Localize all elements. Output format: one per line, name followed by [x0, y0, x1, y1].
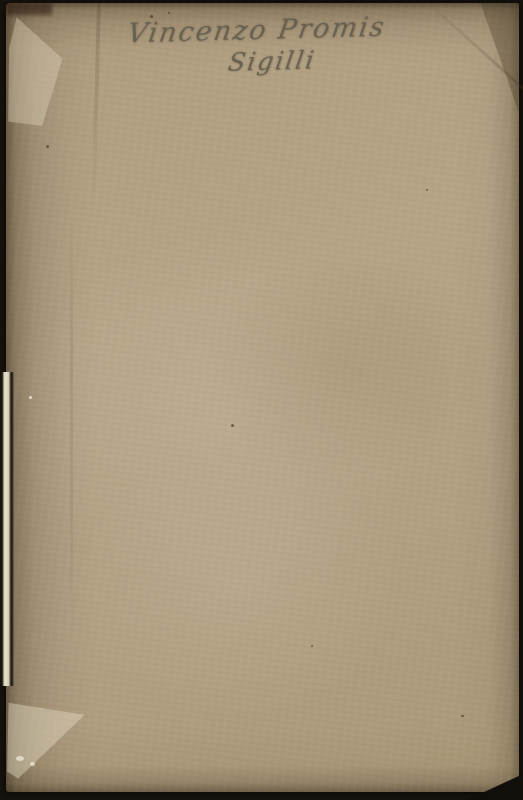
handwritten-inscription: Vincenzo Promis Sigilli [127, 12, 387, 80]
scan-background: Vincenzo Promis Sigilli [0, 0, 523, 800]
handwritten-title-word: Sigilli [226, 44, 388, 77]
foxing-speck [311, 645, 313, 647]
dark-mark-top-left [6, 3, 52, 15]
exposed-page-edge-strip [1, 372, 14, 686]
foxing-speck [46, 145, 49, 148]
foxing-speck [461, 715, 464, 717]
foxing-speck [168, 12, 170, 14]
foxing-speck [426, 189, 428, 191]
paper-grain-texture [6, 3, 519, 792]
paint-fleck [30, 762, 35, 766]
foxing-speck [231, 424, 234, 427]
book-cover: Vincenzo Promis Sigilli [6, 3, 519, 792]
foxing-speck [150, 15, 153, 18]
paper-fleck [29, 396, 32, 399]
paint-fleck [16, 756, 24, 761]
